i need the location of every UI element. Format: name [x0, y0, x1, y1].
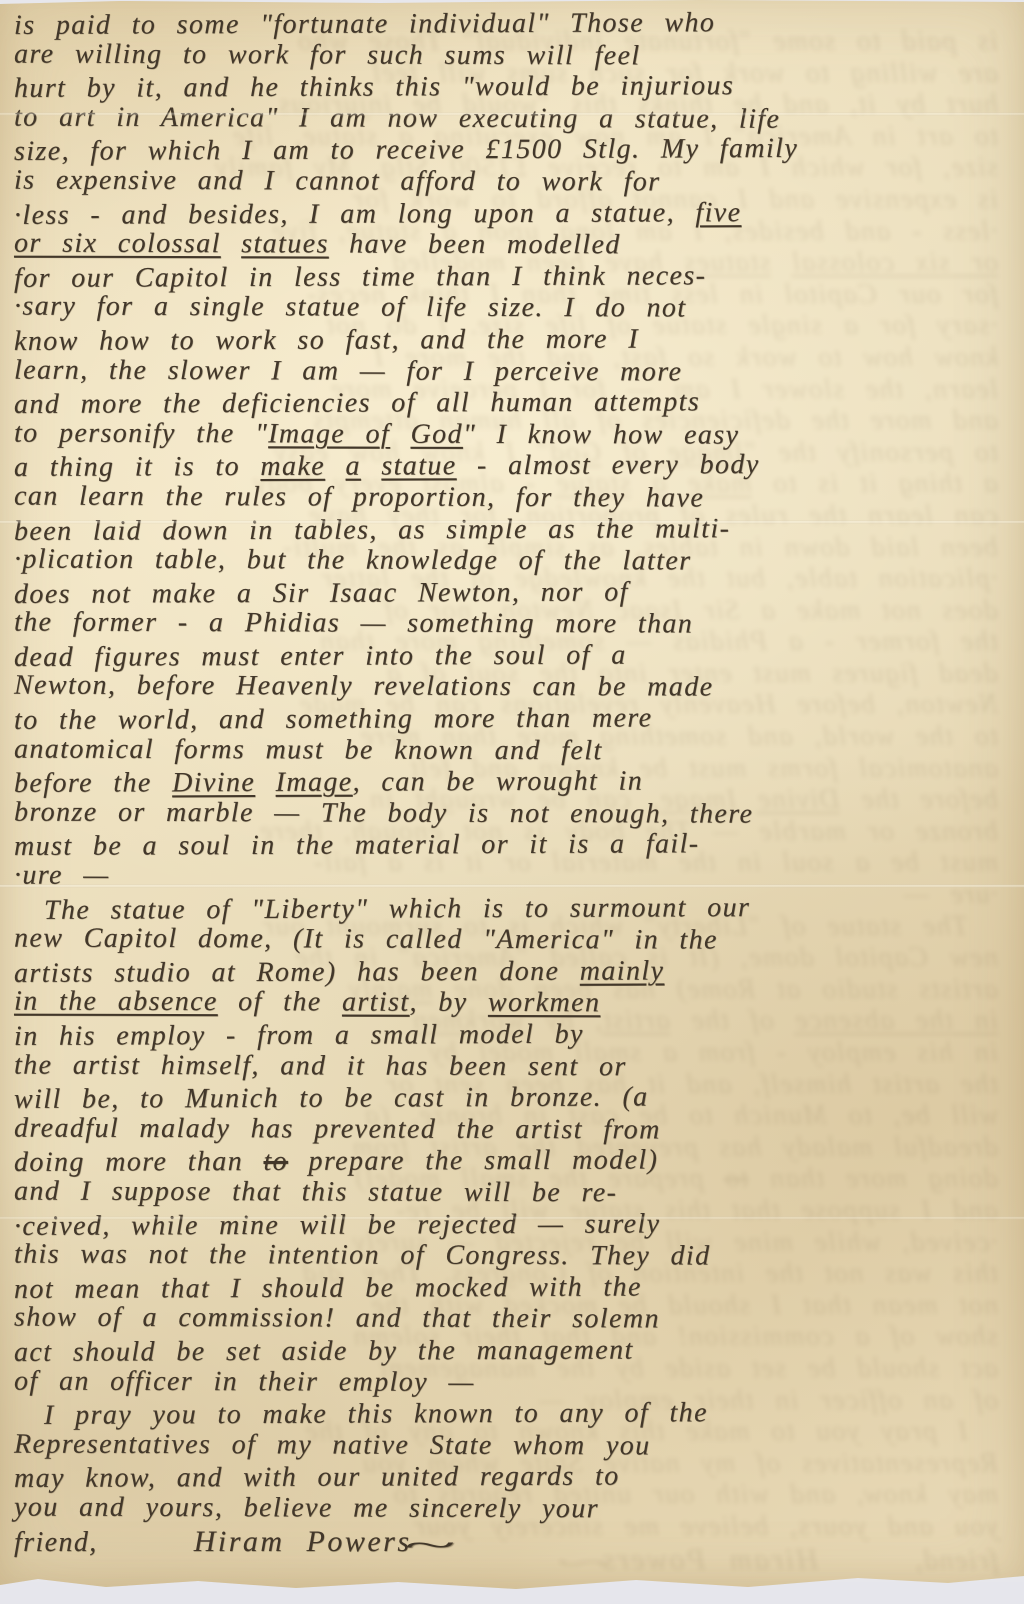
letter-line: to art in America" I am now executing a … [14, 101, 1020, 135]
letter-line: in his employ - from a small model by [14, 1017, 1020, 1052]
letter-line: to personify the "Image of God" I know h… [14, 417, 1020, 451]
scanned-letter: is paid to some "fortunate individual" T… [0, 0, 1024, 1604]
letter-line: size, for which I am to receive £1500 St… [14, 132, 1020, 167]
letter-line: Representatives of my native State whom … [14, 1428, 1020, 1462]
letter-line: artists studio at Rome) has been done ma… [14, 954, 1020, 989]
letter-line: know how to work so fast, and the more I [14, 322, 1020, 357]
letter-line: are willing to work for such sums will f… [14, 38, 1020, 72]
letter-line: this was not the intention of Congress. … [14, 1239, 1020, 1273]
letter-line: ·less - and besides, I am long upon a st… [14, 196, 1020, 231]
letter-line: ·sary for a single statue of life size. … [14, 291, 1020, 325]
letter-line: dead figures must enter into the soul of… [14, 638, 1020, 673]
letter-line: dreadful malady has prevented the artist… [14, 1112, 1020, 1146]
letter-line: and I suppose that this statue will be r… [14, 1176, 1020, 1210]
letter-line: you and yours, believe me sincerely your [14, 1492, 1020, 1526]
letter-line: The statue of "Liberty" which is to surm… [14, 891, 1020, 926]
letter-line: or six colossal statues have been modell… [14, 228, 1020, 262]
letter-line: a thing it is to make a statue - almost … [14, 448, 1020, 483]
letter-line: anatomical forms must be known and felt [14, 733, 1020, 767]
letter-line: is expensive and I cannot afford to work… [14, 165, 1020, 199]
signature-flourish: ~ [402, 1529, 458, 1563]
letter-line: ·plication table, but the knowledge of t… [14, 544, 1020, 578]
letter-line: does not make a Sir Isaac Newton, nor of [14, 575, 1020, 610]
letter-line: learn, the slower I am — for I perceive … [14, 354, 1020, 388]
letter-line: ·ceived, while mine will be rejected — s… [14, 1207, 1020, 1242]
letter-line: and more the deficiencies of all human a… [14, 385, 1020, 420]
letter-line: bronze or marble — The body is not enoug… [14, 796, 1020, 830]
letter-line: may know, and with our united regards to [14, 1459, 1020, 1494]
letter-line: the artist himself, and it has been sent… [14, 1049, 1020, 1083]
letter-line: hurt by it, and he thinks this "would be… [14, 69, 1020, 104]
letter-line: before the Divine Image, can be wrought … [14, 764, 1020, 799]
letter-line: can learn the rules of proportion, for t… [14, 481, 1020, 515]
letter-line: show of a commission! and that their sol… [14, 1302, 1020, 1336]
letter-line: in the absence of the artist, by workmen [14, 986, 1020, 1020]
letter-line: act should be set aside by the managemen… [14, 1333, 1020, 1368]
closing-word: friend, [14, 1527, 98, 1558]
letter-line: ·ure — [14, 860, 1020, 894]
letter-body: is paid to some "fortunate individual" T… [14, 8, 1020, 1559]
letter-line: for our Capitol in less time than I thin… [14, 259, 1020, 294]
letter-line: not mean that I should be mocked with th… [14, 1270, 1020, 1305]
letter-line: Newton, before Heavenly revelations can … [14, 670, 1020, 704]
closing-line: friend,Hiram Powers~ [14, 1525, 1020, 1559]
letter-line: of an officer in their employ — [14, 1365, 1020, 1399]
letter-line: will be, to Munich to be cast in bronze.… [14, 1080, 1020, 1115]
letter-line: been laid down in tables, as simple as t… [14, 512, 1020, 547]
letter-line: to the world, and something more than me… [14, 701, 1020, 736]
letter-line: I pray you to make this known to any of … [14, 1396, 1020, 1431]
letter-line: the former - a Phidias — something more … [14, 607, 1020, 641]
letter-line: new Capitol dome, (It is called "America… [14, 923, 1020, 957]
signature: Hiram Powers [194, 1525, 412, 1558]
letter-line: is paid to some "fortunate individual" T… [14, 6, 1020, 41]
letter-line: doing more than to prepare the small mod… [14, 1143, 1020, 1178]
letter-page: is paid to some "fortunate individual" T… [0, 0, 1024, 1592]
letter-line: must be a soul in the material or it is … [14, 828, 1020, 863]
